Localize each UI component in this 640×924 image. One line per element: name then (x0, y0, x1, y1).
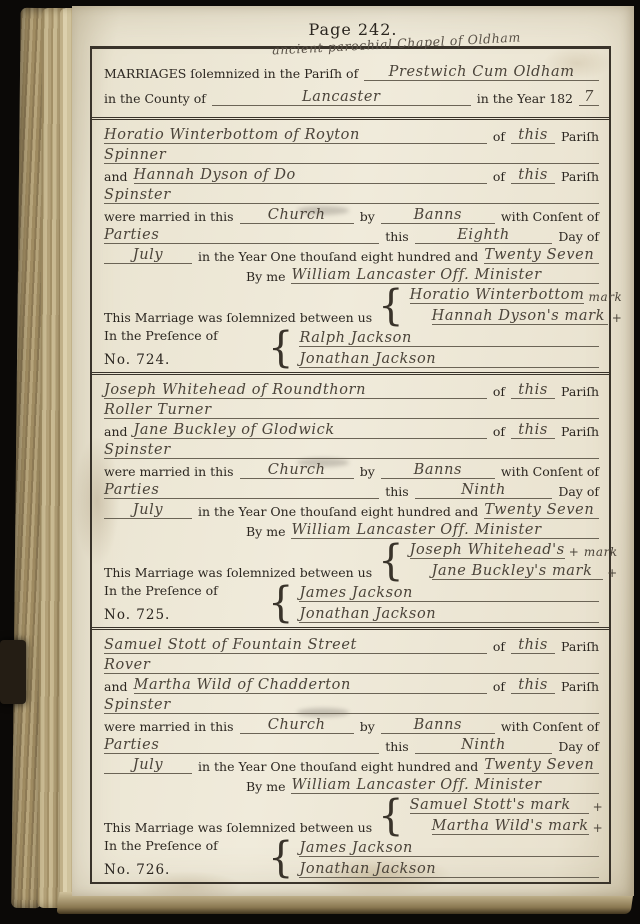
bride-signature: Hannah Dyson's mark (432, 308, 608, 325)
entry-number: No. 725. (104, 607, 170, 623)
groom-signature: Horatio Winterbottom (410, 287, 585, 304)
printed-this: this (385, 229, 409, 244)
groom-signature: Samuel Stott's mark (410, 797, 589, 814)
printed-day-of: Day of (558, 739, 599, 754)
printed-in-the-year: in the Year One thouſand eight hundred a… (198, 759, 478, 774)
printed-by-me: By me (246, 524, 285, 539)
parish-name-handwritten: Prestwich Cum Oldham (364, 64, 599, 81)
year-words-value: Twenty Seven (484, 502, 599, 519)
witness-signature: James Jackson (299, 840, 599, 857)
printed-by-me: By me (246, 779, 285, 794)
marriage-entry-724: Horatio Winterbottom of Royton of this P… (92, 120, 609, 372)
bride-parish-this: this (511, 677, 555, 694)
brace-glyph: { (378, 287, 403, 325)
printed-parish: Pariſh (561, 129, 599, 144)
witness-signature: Jonathan Jackson (299, 861, 599, 878)
bride-name: Martha Wild of Chadderton (134, 677, 487, 694)
page-number: Page 242. (72, 20, 634, 39)
marriage-register-form: ancient parochial Chapel of Oldham MARRI… (90, 46, 611, 884)
married-in-value: Church (240, 462, 354, 479)
printed-by-me: By me (246, 269, 285, 284)
printed-of: of (493, 384, 505, 399)
marriage-entry-725: Joseph Whitehead of Roundthorn of this P… (92, 372, 609, 627)
printed-in-the-year: in the Year One thouſand eight hundred a… (198, 504, 478, 519)
day-value: Eighth (415, 227, 553, 244)
day-value: Ninth (415, 737, 553, 754)
printed-parish: Pariſh (561, 424, 599, 439)
year-words-value: Twenty Seven (484, 757, 599, 774)
printed-presence: In the Preſence of (104, 583, 218, 598)
printed-parish: Pariſh (561, 679, 599, 694)
printed-parish: Pariſh (561, 384, 599, 399)
printed-by: by (360, 464, 375, 479)
bride-mark: + (612, 311, 623, 325)
printed-day-of: Day of (558, 229, 599, 244)
groom-name: Joseph Whitehead of Roundthorn (104, 382, 487, 399)
groom-name: Samuel Stott of Fountain Street (104, 637, 487, 654)
month-value: July (104, 247, 192, 264)
header-printed-text: in the County of (104, 91, 206, 106)
groom-parish-this: this (511, 382, 555, 399)
groom-mark: + mark (569, 545, 618, 559)
bride-signature: Martha Wild's mark (432, 818, 589, 835)
by-method-value: Banns (381, 462, 495, 479)
bride-mark: + (593, 821, 604, 835)
printed-this: this (385, 739, 409, 754)
bride-occupation: Spinster (104, 442, 599, 459)
printed-and: and (104, 679, 128, 694)
printed-this: this (385, 484, 409, 499)
brace-glyph: { (268, 584, 293, 622)
bride-mark: + (607, 566, 618, 580)
year-digit-handwritten: 7 (579, 89, 599, 106)
bride-parish-this: this (511, 422, 555, 439)
consent-value: Parties (104, 737, 379, 754)
printed-with-consent: with Conſent of (501, 464, 599, 479)
by-method-value: Banns (381, 207, 495, 224)
groom-mark: mark (588, 290, 622, 304)
month-value: July (104, 502, 192, 519)
printed-in-the-year: in the Year One thouſand eight hundred a… (198, 249, 478, 264)
groom-name: Horatio Winterbottom of Royton (104, 127, 487, 144)
register-page: Page 242. ancient parochial Chapel of Ol… (72, 6, 634, 896)
bride-name: Jane Buckley of Glodwick (134, 422, 487, 439)
printed-solemnized: This Marriage was ſolemnized between us (104, 310, 372, 325)
printed-of: of (493, 129, 505, 144)
entry-number: No. 726. (104, 862, 170, 878)
printed-parish: Pariſh (561, 639, 599, 654)
printed-solemnized: This Marriage was ſolemnized between us (104, 820, 372, 835)
brace-glyph: { (378, 797, 403, 835)
groom-occupation: Spinner (104, 147, 599, 164)
register-header: ancient parochial Chapel of Oldham MARRI… (92, 49, 609, 120)
bride-occupation: Spinster (104, 697, 599, 714)
year-words-value: Twenty Seven (484, 247, 599, 264)
entry-number: No. 724. (104, 352, 170, 368)
minister-signature: William Lancaster Off. Minister (291, 777, 599, 794)
county-name-handwritten: Lancaster (212, 89, 471, 106)
witness-signature: James Jackson (299, 585, 599, 602)
printed-and: and (104, 424, 128, 439)
consent-value: Parties (104, 482, 379, 499)
printed-were-married: were married in this (104, 209, 234, 224)
by-method-value: Banns (381, 717, 495, 734)
month-value: July (104, 757, 192, 774)
printed-of: of (493, 639, 505, 654)
bride-name: Hannah Dyson of Do (134, 167, 487, 184)
printed-were-married: were married in this (104, 464, 234, 479)
brace-glyph: { (268, 839, 293, 877)
printed-presence: In the Preſence of (104, 328, 218, 343)
consent-value: Parties (104, 227, 379, 244)
marriage-entry-726: Samuel Stott of Fountain Street of this … (92, 627, 609, 882)
groom-occupation: Roller Turner (104, 402, 599, 419)
groom-parish-this: this (511, 637, 555, 654)
book-clasp (0, 640, 26, 704)
brace-glyph: { (268, 329, 293, 367)
groom-signature: Joseph Whitehead's (410, 542, 565, 559)
printed-and: and (104, 169, 128, 184)
header-printed-text: in the Year 182 (477, 91, 573, 106)
witness-signature: Ralph Jackson (299, 330, 599, 347)
printed-with-consent: with Conſent of (501, 719, 599, 734)
bride-parish-this: this (511, 167, 555, 184)
minister-signature: William Lancaster Off. Minister (291, 267, 599, 284)
printed-day-of: Day of (558, 484, 599, 499)
married-in-value: Church (240, 207, 354, 224)
printed-parish: Pariſh (561, 169, 599, 184)
bride-signature: Jane Buckley's mark (432, 563, 604, 580)
printed-by: by (360, 209, 375, 224)
printed-solemnized: This Marriage was ſolemnized between us (104, 565, 372, 580)
brace-glyph: { (378, 542, 403, 580)
witness-signature: Jonathan Jackson (299, 606, 599, 623)
printed-by: by (360, 719, 375, 734)
bride-occupation: Spinster (104, 187, 599, 204)
groom-parish-this: this (511, 127, 555, 144)
printed-of: of (493, 169, 505, 184)
printed-of: of (493, 424, 505, 439)
printed-were-married: were married in this (104, 719, 234, 734)
married-in-value: Church (240, 717, 354, 734)
header-printed-text: MARRIAGES ſolemnized in the Pariſh of (104, 66, 358, 81)
witness-signature: Jonathan Jackson (299, 351, 599, 368)
groom-occupation: Rover (104, 657, 599, 674)
day-value: Ninth (415, 482, 553, 499)
minister-signature: William Lancaster Off. Minister (291, 522, 599, 539)
printed-presence: In the Preſence of (104, 838, 218, 853)
groom-mark: + (593, 800, 604, 814)
printed-with-consent: with Conſent of (501, 209, 599, 224)
printed-of: of (493, 679, 505, 694)
